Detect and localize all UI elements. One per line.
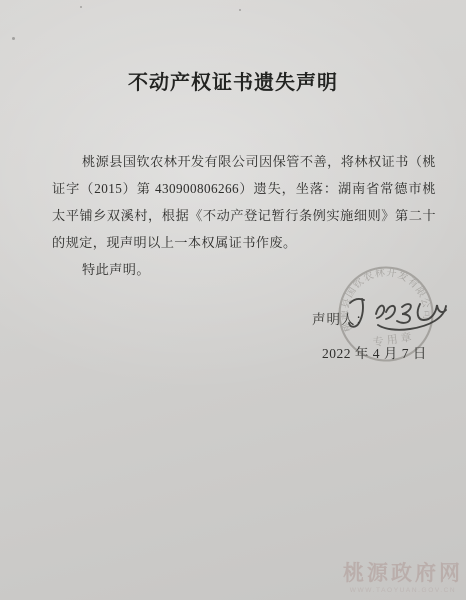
signature-strokes: [338, 290, 450, 338]
body-line: 桃源县国钦农林开发有限公司因保管不善，将林权证书（桃政林: [52, 148, 436, 175]
watermark-text: 桃源政府网: [343, 562, 463, 586]
body-line: 证字（2015）第 430900806266）遗失，坐落：湖南省常德市桃源县: [52, 175, 436, 202]
declaration-body: 桃源县国钦农林开发有限公司因保管不善，将林权证书（桃政林 证字（2015）第 4…: [52, 148, 436, 283]
site-watermark: 桃源政府网 WWW.TAOYUAN.GOV.CN: [343, 562, 463, 595]
page-title: 不动产权证书遗失声明: [0, 66, 466, 95]
body-line: 的规定，现声明以上一本权属证书作废。: [52, 229, 436, 256]
photographed-document: { "page": { "title": "不动产权证书遗失声明", "body…: [0, 0, 466, 600]
handwritten-signature: [338, 290, 450, 338]
declaration-date: 2022 年 4 月 7 日: [322, 342, 427, 362]
body-line: 太平铺乡双溪村，根据《不动产登记暂行条例实施细则》第二十二条: [52, 202, 436, 229]
paper-speck: [239, 9, 241, 11]
paper-speck: [12, 37, 15, 40]
watermark-url-text: WWW.TAOYUAN.GOV.CN: [343, 586, 463, 595]
paper-speck: [80, 6, 82, 8]
